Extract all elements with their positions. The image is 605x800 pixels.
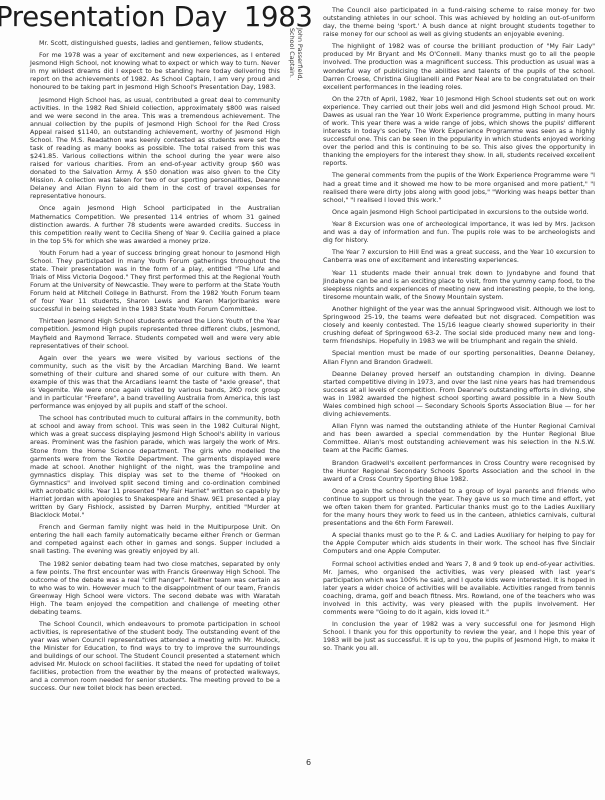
paragraph: For me 1978 was a year of excitement and… xyxy=(30,52,280,92)
paragraph: Year 8 Excursion was one of archeologica… xyxy=(323,221,595,245)
paragraph: The School Council, which endeavours to … xyxy=(30,621,280,693)
page-title: Presentation Day 1983 xyxy=(0,0,313,34)
paragraph: French and German family night was held … xyxy=(30,524,280,556)
paragraph: The 1982 senior debating team had two cl… xyxy=(30,561,280,617)
paragraph: Youth Forum had a year of success bringi… xyxy=(30,250,280,314)
page-number: 6 xyxy=(306,758,311,767)
paragraph: Mr. Scott, distinguished guests, ladies … xyxy=(30,40,280,48)
paragraph: Deanne Delaney proved herself an outstan… xyxy=(323,371,595,419)
left-column: Mr. Scott, distinguished guests, ladies … xyxy=(30,40,280,698)
paragraph: Thirteen Jesmond High School students en… xyxy=(30,318,280,350)
document-page: Presentation Day 1983 John Passerfield, … xyxy=(0,0,605,800)
paragraph: Jesmond High School has, as usual, contr… xyxy=(30,97,280,202)
paragraph: Once again Jesmond High School participa… xyxy=(323,209,595,217)
paragraph: Brandon Gradwell's excellent performance… xyxy=(323,460,595,484)
paragraph: A special thanks must go to the P. & C. … xyxy=(323,532,595,556)
paragraph: Formal school activities ended and Years… xyxy=(323,561,595,617)
paragraph: In conclusion the year of 1982 was a ver… xyxy=(323,621,595,653)
paragraph: Once again Jesmond High School participa… xyxy=(30,205,280,245)
author-role: School Captain. xyxy=(288,28,296,80)
paragraph: Once again the school is indebted to a g… xyxy=(323,488,595,528)
paragraph: Year 11 students made their annual trek … xyxy=(323,270,595,302)
paragraph: Allan Flynn was named the outstanding at… xyxy=(323,423,595,455)
paragraph: The school has contributed much to cultu… xyxy=(30,415,280,520)
paragraph: Special mention must be made of our spor… xyxy=(323,350,595,366)
paragraph: The highlight of 1982 was of course the … xyxy=(323,43,595,91)
paragraph: The general comments from the pupils of … xyxy=(323,172,595,204)
author-name: John Passerfield, xyxy=(296,28,304,80)
right-column: The Council also participated in a fund-… xyxy=(323,7,595,658)
paragraph: Another highlight of the year was the an… xyxy=(323,306,595,346)
paragraph: The Year 7 excursion to Hill End was a g… xyxy=(323,249,595,265)
paragraph: Again over the years we were visited by … xyxy=(30,355,280,411)
author-byline: John Passerfield, School Captain. xyxy=(288,28,304,80)
paragraph: The Council also participated in a fund-… xyxy=(323,7,595,39)
paragraph: On the 27th of April, 1982, Year 10 Jesm… xyxy=(323,96,595,168)
